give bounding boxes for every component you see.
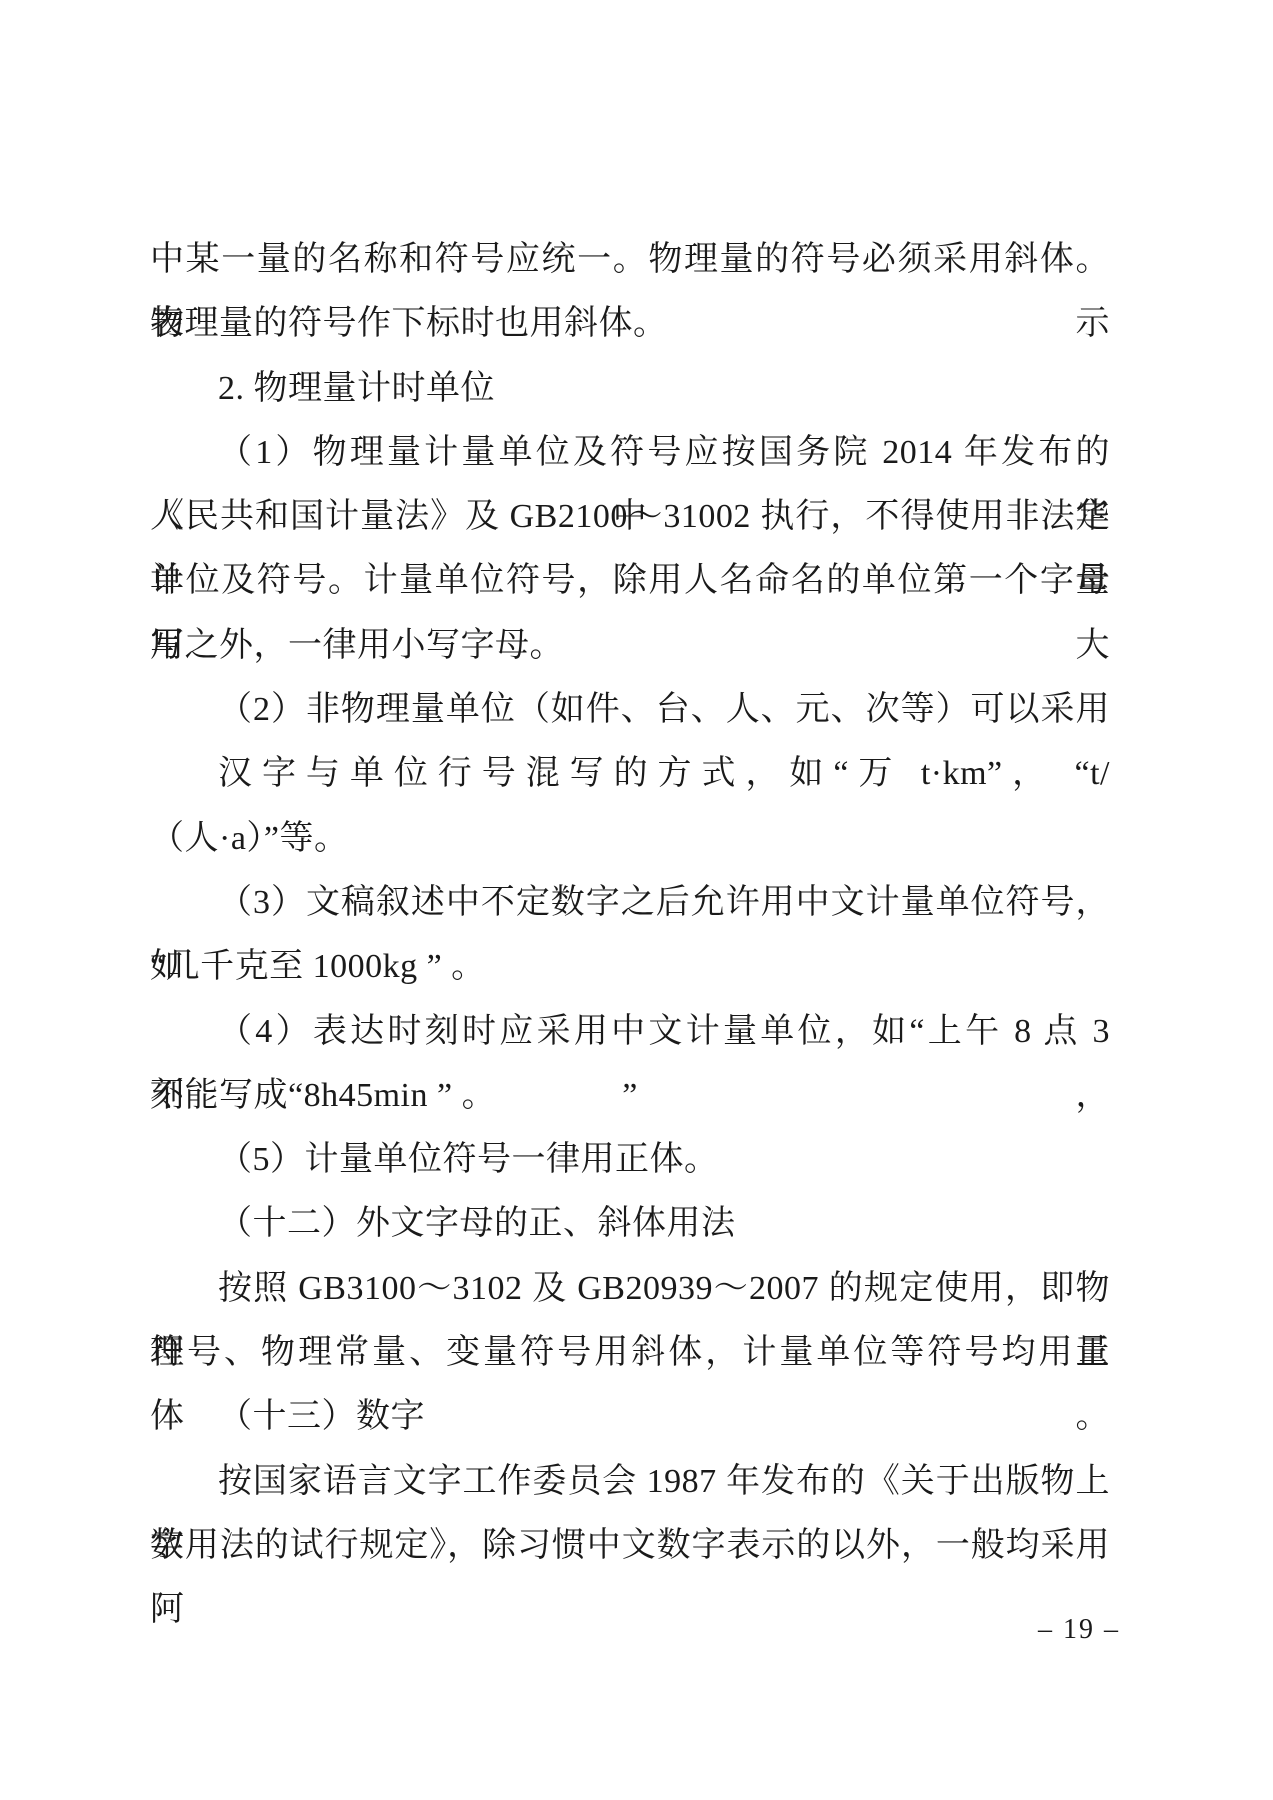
- text-line: 单位及符号。计量单位符号，除用人名命名的单位第一个字母用大: [150, 549, 1110, 613]
- text-line: 按国家语言文字工作委员会 1987 年发布的《关于出版物上数: [150, 1450, 1110, 1514]
- text-line: （4）表达时刻时应采用中文计量单位，如“上午 8 点 3 刻”，: [150, 1000, 1110, 1064]
- text-line: （2）非物理量单位（如件、台、人、元、次等）可以采用: [150, 678, 1110, 742]
- text-line: 字用法的试行规定》，除习惯中文数字表示的以外，一般均采用阿: [150, 1514, 1110, 1578]
- page-number: – 19 –: [1038, 1612, 1120, 1648]
- document-page: 中某一量的名称和符号应统一。物理量的符号必须采用斜体。表示 物理量的符号作下标时…: [0, 0, 1273, 1800]
- text-line: （5）计量单位符号一律用正体。: [150, 1128, 1110, 1192]
- text-line: （3）文稿叙述中不定数字之后允许用中文计量单位符号，如: [150, 871, 1110, 935]
- text-line: （1）物理量计量单位及符号应按国务院 2014 年发布的《中华: [150, 421, 1110, 485]
- section-heading: 2. 物理量计时单位: [150, 357, 1110, 421]
- text-line: 人民共和国计量法》及 GB2100～31002 执行，不得使用非法定计量: [150, 485, 1110, 549]
- text-line: 符号、物理常量、变量符号用斜体，计量单位等符号均用正体。: [150, 1321, 1110, 1385]
- text-line: 汉字与单位行号混写的方式，如“万 t·km”， “t/: [150, 742, 1110, 806]
- text-line: “几千克至 1000kg ” 。: [150, 935, 1110, 999]
- document-body: 中某一量的名称和符号应统一。物理量的符号必须采用斜体。表示 物理量的符号作下标时…: [150, 228, 1110, 1578]
- section-heading: （十二）外文字母的正、斜体用法: [150, 1192, 1110, 1256]
- text-line: 按照 GB3100～3102 及 GB20939～2007 的规定使用，即物理量: [150, 1257, 1110, 1321]
- text-line: 中某一量的名称和符号应统一。物理量的符号必须采用斜体。表示: [150, 228, 1110, 292]
- text-line: （人·a）”等。: [150, 807, 1110, 871]
